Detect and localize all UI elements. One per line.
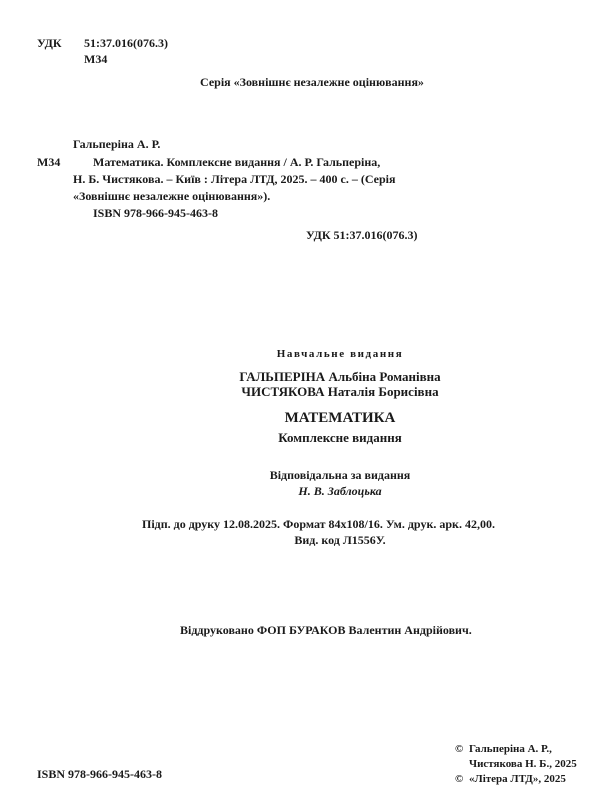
author-2-surname: ЧИСТЯКОВА: [241, 384, 324, 399]
catalog-udk: УДК 51:37.016(076.3): [306, 228, 418, 243]
copyright-icon: ©: [455, 742, 469, 757]
catalog-author-mark: М34: [37, 155, 60, 170]
catalog-author-heading: Гальперіна А. Р.: [73, 137, 160, 152]
footer-isbn: ISBN 978-966-945-463-8: [37, 767, 162, 782]
responsible-name: Н. В. Заблоцька: [130, 484, 550, 499]
udk-value: 51:37.016(076.3): [84, 36, 168, 51]
author-1-name: Альбіна Романівна: [328, 369, 440, 384]
book-subtitle: Комплексне видання: [130, 430, 550, 446]
author-1: ГАЛЬПЕРІНА Альбіна Романівна: [130, 369, 550, 385]
copyright-line-2: Чистякова Н. Б., 2025: [455, 757, 577, 772]
series-title: Серія «Зовнішнє незалежне оцінювання»: [200, 75, 424, 90]
author-2-name: Наталія Борисівна: [328, 384, 439, 399]
catalog-line-2: Н. Б. Чистякова. – Київ : Літера ЛТД, 20…: [73, 172, 395, 187]
catalog-line-3: «Зовнішнє незалежне оцінювання»).: [73, 189, 270, 204]
printer-info: Віддруковано ФОП БУРАКОВ Валентин Андрій…: [180, 623, 472, 638]
responsible-label: Відповідальна за видання: [130, 468, 550, 483]
udk-label: УДК: [37, 36, 62, 51]
book-title: МАТЕМАТИКА: [130, 410, 550, 427]
edition-type: Навчальне видання: [130, 348, 550, 360]
author-2: ЧИСТЯКОВА Наталія Борисівна: [130, 384, 550, 400]
catalog-line-1: Математика. Комплексне видання / А. Р. Г…: [93, 155, 380, 170]
copyright-line-3: ©«Літера ЛТД», 2025: [455, 772, 577, 787]
copyright-line-1: ©Гальперіна А. Р.,: [455, 742, 577, 757]
copyright-icon: ©: [455, 772, 469, 787]
print-info-line-1: Підп. до друку 12.08.2025. Формат 84х108…: [142, 517, 495, 532]
author-1-surname: ГАЛЬПЕРІНА: [239, 369, 325, 384]
print-info-line-2: Вид. код Л1556У.: [130, 533, 550, 548]
author-mark: М34: [84, 52, 107, 67]
copyright-block: ©Гальперіна А. Р., Чистякова Н. Б., 2025…: [455, 742, 577, 787]
catalog-isbn: ISBN 978-966-945-463-8: [93, 206, 218, 221]
